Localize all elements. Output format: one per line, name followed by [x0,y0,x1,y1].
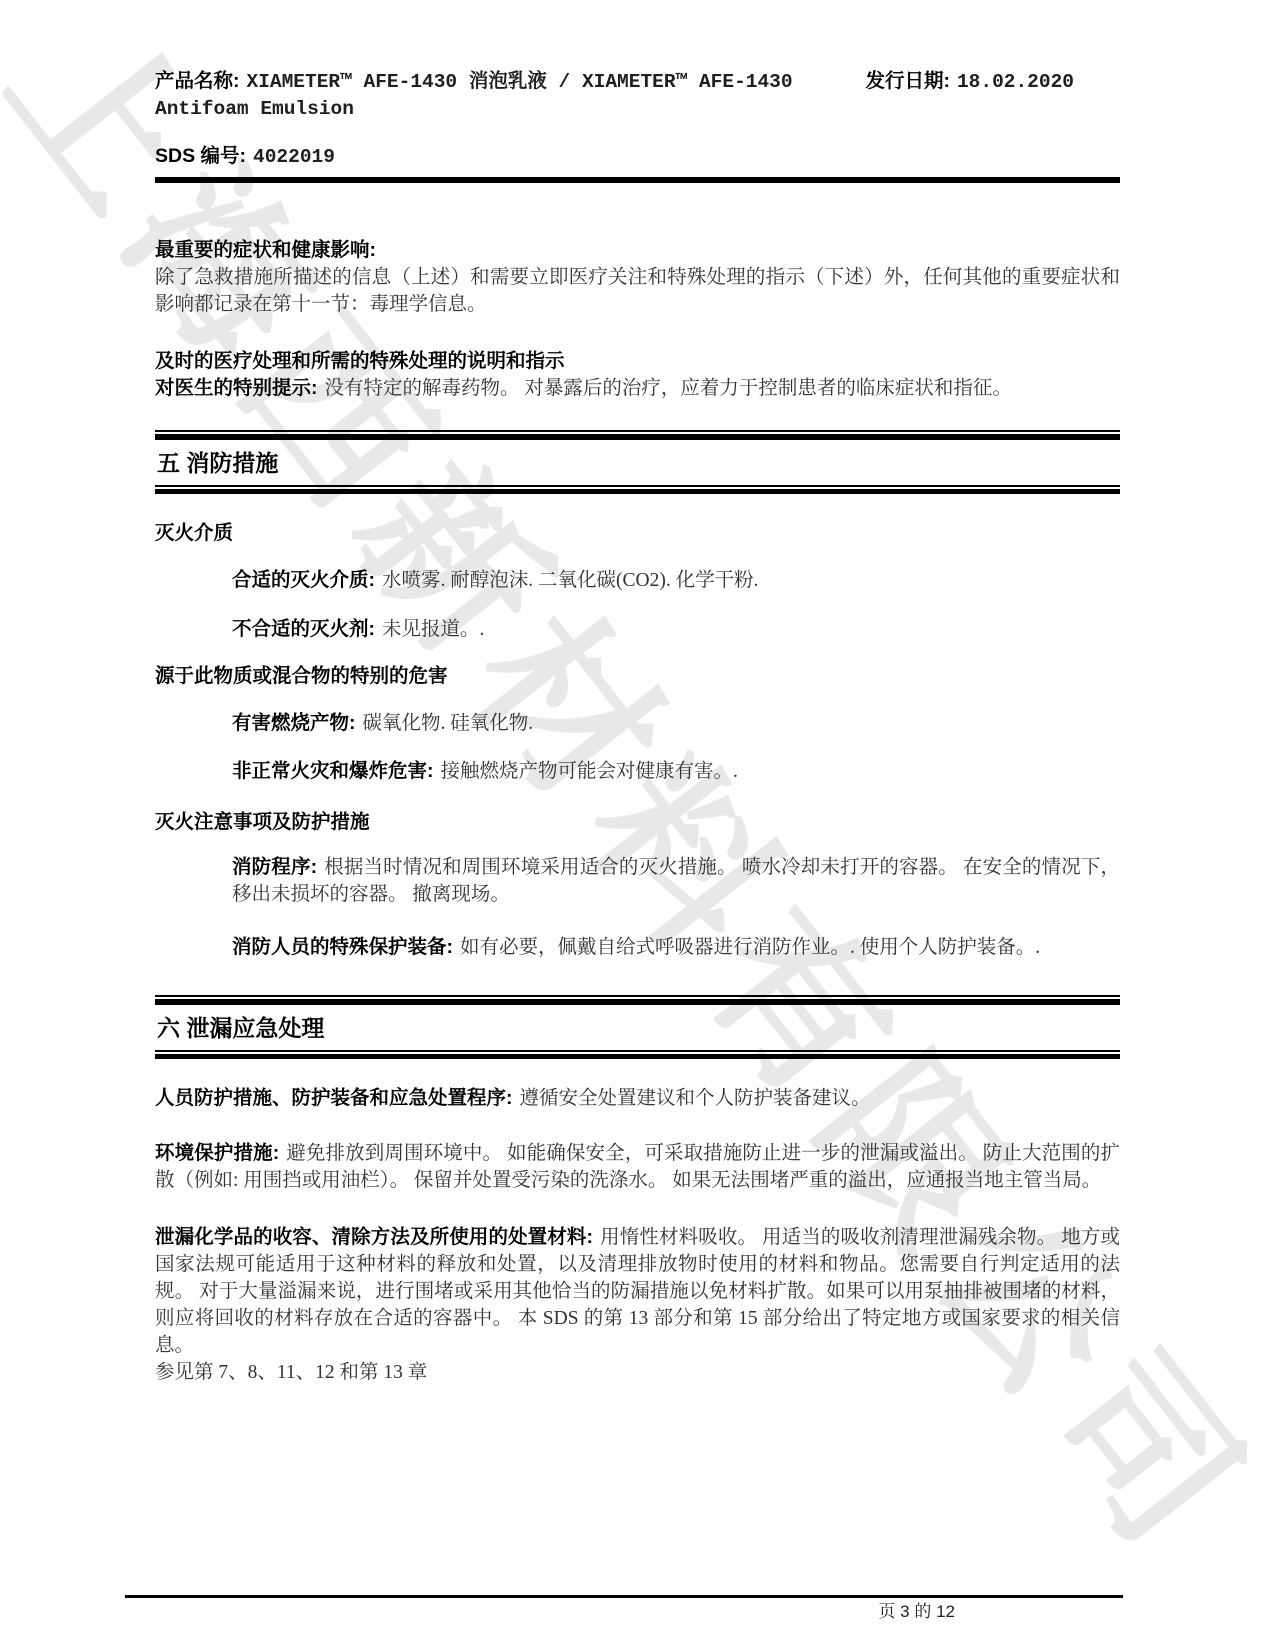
special-hazards-heading: 源于此物质或混合物的特别的危害 [155,663,1120,690]
section-reference-line: 参见第 7、8、11、12 和第 13 章 [155,1359,1120,1386]
sds-document-page: 上海西新材料有限公司 产品名称:XIAMETER™ AFE-1430 消泡乳液 … [0,0,1275,1650]
containment-cleanup-paragraph: 泄漏化学品的收容、清除方法及所使用的处置材料:用惰性材料吸收。 用适当的吸收剂清… [155,1224,1120,1359]
doctor-note-line: 对医生的特别提示:没有特定的解毒药物。 对暴露后的治疗，应着力于控制患者的临床症… [155,375,1120,402]
combustion-products-text: 碳氧化物. 硅氧化物. [363,713,534,734]
section-5-rule-thin-top [155,430,1120,432]
issue-date-block: 发行日期:18.02.2020 [865,68,1074,96]
page-number: 页 3 的 12 [125,1600,955,1624]
unusual-hazards-line: 非正常火灾和爆炸危害:接触燃烧产物可能会对健康有害。. [232,758,1120,785]
unsuitable-media-text: 未见报道。. [382,619,484,640]
containment-cleanup-label: 泄漏化学品的收容、清除方法及所使用的处置材料: [155,1226,593,1248]
suitable-media-line: 合适的灭火介质:水喷雾. 耐醇泡沫. 二氧化碳(CO2). 化学干粉. [232,567,1120,594]
unusual-hazards-text: 接触燃烧产物可能会对健康有害。. [441,761,738,782]
section-5-header: 五 消防措施 [155,430,1120,494]
footer-rule [125,1595,1123,1598]
extinguishing-media-heading: 灭火介质 [155,520,1120,547]
section-6-rule-thin-bottom [155,1050,1120,1052]
page-content: 产品名称:XIAMETER™ AFE-1430 消泡乳液 / XIAMETER™… [0,0,1275,1386]
environmental-precautions-paragraph: 环境保护措施:避免排放到周围环境中。 如能确保安全，可采取措施防止进一步的泄漏或… [155,1140,1120,1194]
issue-date-value: 18.02.2020 [957,71,1074,93]
combustion-products-line: 有害燃烧产物:碳氧化物. 硅氧化物. [232,710,1120,737]
environmental-precautions-text: 避免排放到周围环境中。 如能确保安全，可采取措施防止进一步的泄漏或溢出。 防止大… [155,1143,1120,1191]
page-footer: 页 3 的 12 [125,1595,1123,1624]
doctor-note-text: 没有特定的解毒药物。 对暴露后的治疗，应着力于控制患者的临床症状和指征。 [325,378,1012,399]
sds-number-label: SDS 编号: [155,145,246,167]
environmental-precautions-label: 环境保护措施: [155,1142,279,1164]
section-6-rule-thin-top [155,995,1120,997]
fire-procedures-line: 消防程序:根据当时情况和周围环境采用适合的灭火措施。 喷水冷却未打开的容器。 在… [232,854,1120,908]
document-header: 产品名称:XIAMETER™ AFE-1430 消泡乳液 / XIAMETER™… [155,0,1120,123]
section-6-header: 六 泄漏应急处理 [155,995,1120,1059]
unsuitable-media-line: 不合适的灭火剂:未见报道。. [232,616,1120,643]
section-5-rule-thick-bottom [155,489,1120,494]
product-name-value: XIAMETER™ AFE-1430 消泡乳液 / XIAMETER™ AFE-… [247,71,793,93]
protective-equipment-line: 消防人员的特殊保护装备:如有必要，佩戴自给式呼吸器进行消防作业。. 使用个人防护… [232,934,1120,961]
issue-date-label: 发行日期: [865,70,950,92]
sds-number-value: 4022019 [253,146,335,168]
personal-precautions-line: 人员防护措施、防护装备和应急处置程序:遵循安全处置建议和个人防护装备建议。 [155,1085,1120,1112]
section-5-rule-thin-bottom [155,485,1120,487]
header-rule [155,177,1120,183]
fire-procedures-text: 根据当时情况和周围环境采用适合的灭火措施。 喷水冷却未打开的容器。 在安全的情况… [232,857,1120,905]
section-5-title: 五 消防措施 [155,440,1120,485]
personal-precautions-label: 人员防护措施、防护装备和应急处置程序: [155,1087,513,1109]
product-name-value-line2: Antifoam Emulsion [155,96,793,123]
unusual-hazards-label: 非正常火灾和爆炸危害: [232,760,434,782]
personal-precautions-text: 遵循安全处置建议和个人防护装备建议。 [520,1088,871,1109]
protective-equipment-text: 如有必要，佩戴自给式呼吸器进行消防作业。. 使用个人防护装备。. [460,937,1040,958]
symptoms-heading: 最重要的症状和健康影响: [155,237,1120,264]
combustion-products-label: 有害燃烧产物: [232,712,356,734]
fire-procedures-label: 消防程序: [232,856,317,878]
symptoms-paragraph: 除了急救措施所描述的信息（上述）和需要立即医疗关注和特殊处理的指示（下述）外，任… [155,264,1120,318]
unsuitable-media-label: 不合适的灭火剂: [232,618,375,640]
sds-number-block: SDS 编号:4022019 [155,143,1120,171]
doctor-note-label: 对医生的特别提示: [155,377,318,399]
firefighting-precautions-heading: 灭火注意事项及防护措施 [155,809,1120,836]
section-6-rule-thick-bottom [155,1054,1120,1059]
product-name-block: 产品名称:XIAMETER™ AFE-1430 消泡乳液 / XIAMETER™… [155,68,793,123]
suitable-media-text: 水喷雾. 耐醇泡沫. 二氧化碳(CO2). 化学干粉. [382,570,758,591]
protective-equipment-label: 消防人员的特殊保护装备: [232,936,453,958]
suitable-media-label: 合适的灭火介质: [232,569,375,591]
treatment-heading: 及时的医疗处理和所需的特殊处理的说明和指示 [155,348,1120,375]
product-name-label: 产品名称: [155,70,240,92]
section-6-title: 六 泄漏应急处理 [155,1005,1120,1050]
